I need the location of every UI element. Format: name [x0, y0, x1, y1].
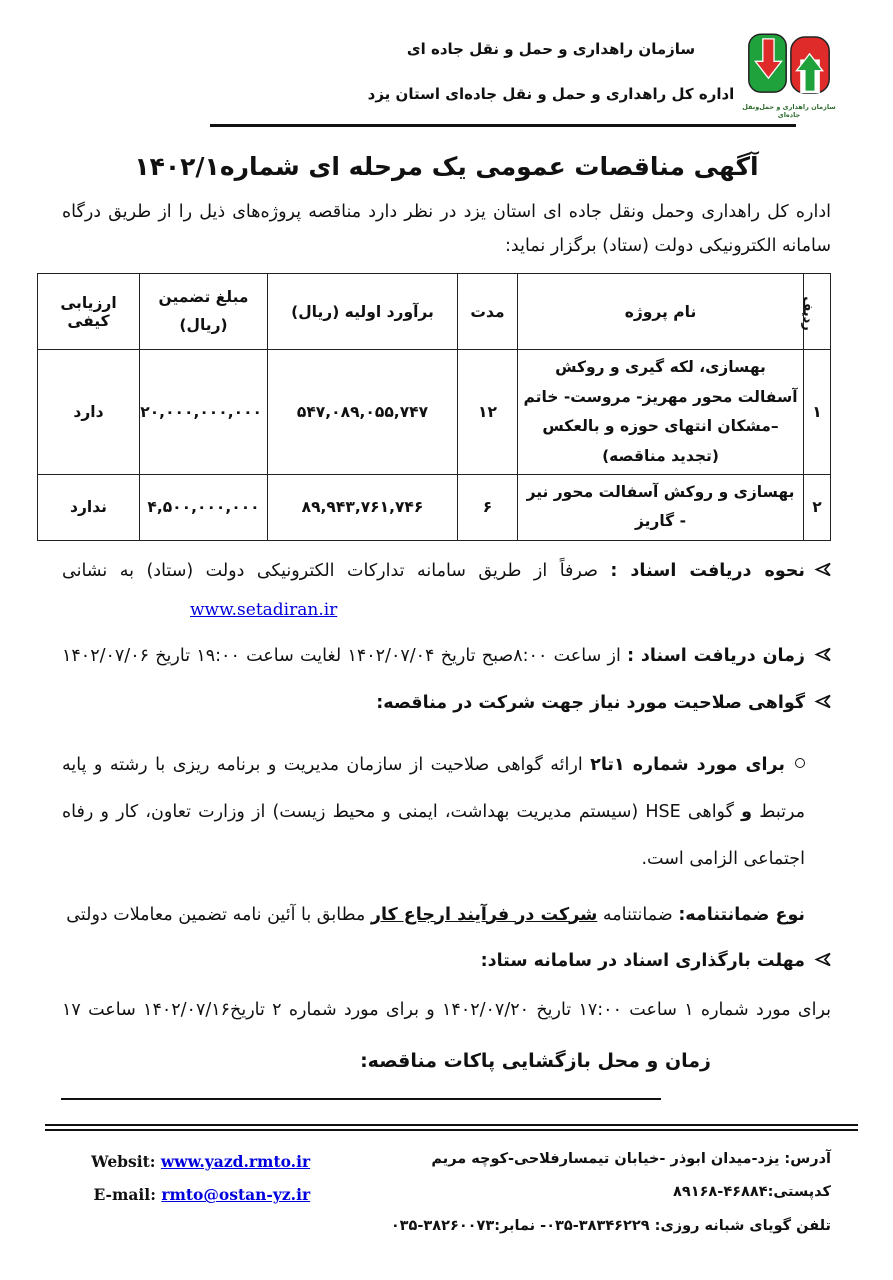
- col-header-guarantee: مبلغ تضمین (ریال): [140, 274, 268, 350]
- cell-estimate: ۸۹,۹۴۳,۷۶۱,۷۴۶: [268, 475, 458, 541]
- table-header-row: ردیف نام پروژه مدت برآورد اولیه (ریال) م…: [38, 274, 831, 350]
- footer-email-line: E-mail: rmto@ostan-yz.ir: [62, 1178, 310, 1211]
- rmto-logo: سازمان راهداری و حمل‌ونقل جاده‌ای: [739, 30, 839, 119]
- col-header-quality-eval: ارزیابی کیفی: [38, 274, 140, 350]
- cell-duration: ۱۲: [458, 350, 518, 475]
- cell-project-name: بهسازی، لکه گیری و روکش آسفالت محور مهری…: [518, 350, 804, 475]
- email-link[interactable]: rmto@ostan-yz.ir: [161, 1185, 310, 1204]
- qualification-detail-paragraph: برای مورد شماره ۱تا۲ ارائه گواهی صلاحیت …: [62, 742, 831, 883]
- guarantee-type-post: مطابق با آئین نامه تضمین معاملات دولتی: [66, 905, 365, 925]
- guarantee-type-label: نوع ضمانتنامه:: [678, 905, 805, 925]
- arrow-bullet-icon: [814, 562, 831, 582]
- website-link[interactable]: www.yazd.rmto.ir: [161, 1152, 310, 1171]
- guarantee-type-pre: ضمانتنامه: [603, 905, 673, 925]
- footer-phone: تلفن گویای شبانه روزی: ۳۸۳۴۶۲۲۹-۰۳۵- نما…: [310, 1210, 831, 1243]
- sub-item-range: برای مورد شماره ۱تا۲: [590, 755, 785, 775]
- cell-project-name: بهسازی و روکش آسفالت محور نیر - گاریز: [518, 475, 804, 541]
- organization-names: سازمان راهداری و حمل و نقل جاده ای اداره…: [351, 40, 751, 103]
- guarantee-type-underlined: شرکت در فرآیند ارجاع کار: [371, 905, 597, 925]
- footer-website-line: Websit: www.yazd.rmto.ir: [62, 1145, 310, 1178]
- setadiran-link[interactable]: www.setadiran.ir: [190, 600, 337, 620]
- qualification-heading-text: گواهی صلاحیت مورد نیاز جهت شرکت در مناقص…: [376, 693, 805, 713]
- arrow-bullet-icon: [814, 647, 831, 667]
- table-row: ۱ بهسازی، لکه گیری و روکش آسفالت محور مه…: [38, 350, 831, 475]
- opening-heading: زمان و محل بازگشایی پاکات مناقصه:: [62, 1050, 831, 1072]
- page-title: آگهی مناقصات عمومی یک مرحله ای شماره۱۴۰۲…: [62, 152, 831, 181]
- cell-row-number: ۱: [804, 350, 831, 475]
- col-header-row-number: ردیف: [804, 274, 831, 350]
- receive-time-text: از ساعت ۸:۰۰صبح تاریخ ۱۴۰۲/۰۷/۰۴ لغایت س…: [62, 646, 621, 666]
- footer-double-divider: [45, 1124, 858, 1131]
- cell-duration: ۶: [458, 475, 518, 541]
- opening-section-divider: [61, 1098, 661, 1101]
- cell-quality-eval: ندارد: [38, 475, 140, 541]
- arrow-bullet-icon: [814, 694, 831, 714]
- setad-link-line: www.setadiran.ir: [62, 600, 831, 620]
- document-header: سازمان راهداری و حمل و نقل جاده ای اداره…: [62, 0, 831, 132]
- footer-contact-fa: آدرس: یزد-میدان ابوذر -خیابان تیمسارفلاح…: [310, 1143, 831, 1243]
- upload-deadline-heading: مهلت بارگذاری اسناد در سامانه ستاد:: [62, 951, 831, 972]
- col-header-duration: مدت: [458, 274, 518, 350]
- rmto-logo-icon: [746, 30, 832, 102]
- cell-guarantee: ۲۰,۰۰۰,۰۰۰,۰۰۰: [140, 350, 268, 475]
- guarantee-type-paragraph: نوع ضمانتنامه: ضمانتنامه شرکت در فرآیند …: [62, 905, 831, 925]
- cell-row-number: ۲: [804, 475, 831, 541]
- upload-deadline-heading-text: مهلت بارگذاری اسناد در سامانه ستاد:: [481, 951, 805, 971]
- intro-paragraph: اداره کل راهداری وحمل ونقل جاده ای استان…: [62, 195, 831, 263]
- tender-table: ردیف نام پروژه مدت برآورد اولیه (ریال) م…: [37, 273, 831, 541]
- receive-time-paragraph: زمان دریافت اسناد : از ساعت ۸:۰۰صبح تاری…: [62, 646, 831, 667]
- col-header-estimate: برآورد اولیه (ریال): [268, 274, 458, 350]
- sub-item-text2: گواهی HSE (سیستم مدیریت بهداشت، ایمنی و …: [62, 802, 805, 869]
- footer-address: آدرس: یزد-میدان ابوذر -خیابان تیمسارفلاح…: [310, 1143, 831, 1210]
- arrow-bullet-icon: [814, 952, 831, 972]
- receive-method-paragraph: نحوه دریافت اسناد : صرفاً از طریق سامانه…: [62, 561, 831, 582]
- header-divider: [210, 124, 796, 127]
- cell-estimate: ۵۴۷,۰۸۹,۰۵۵,۷۴۷: [268, 350, 458, 475]
- qualification-heading: گواهی صلاحیت مورد نیاز جهت شرکت در مناقص…: [62, 693, 831, 714]
- cell-quality-eval: دارد: [38, 350, 140, 475]
- circle-bullet-icon: [795, 758, 805, 768]
- receive-method-label: نحوه دریافت اسناد :: [610, 561, 805, 581]
- logo-caption: سازمان راهداری و حمل‌ونقل جاده‌ای: [739, 103, 839, 119]
- upload-deadline-dates: برای مورد شماره ۱ ساعت ۱۷:۰۰ تاریخ ۱۴۰۲/…: [62, 1000, 831, 1020]
- org-name-line1: سازمان راهداری و حمل و نقل جاده ای: [351, 40, 751, 58]
- table-row: ۲ بهسازی و روکش آسفالت محور نیر - گاریز …: [38, 475, 831, 541]
- tender-announcement-page: سازمان راهداری و حمل و نقل جاده ای اداره…: [0, 0, 893, 1280]
- org-name-line2: اداره کل راهداری و حمل و نقل جاده‌ای است…: [351, 85, 751, 103]
- receive-time-label: زمان دریافت اسناد :: [627, 646, 805, 666]
- email-label: E-mail:: [93, 1185, 155, 1204]
- sub-item-conjunction: و: [741, 802, 752, 822]
- website-label: Websit:: [91, 1152, 155, 1171]
- footer-contact-en: Websit: www.yazd.rmto.ir E-mail: rmto@os…: [62, 1143, 310, 1212]
- document-footer: آدرس: یزد-میدان ابوذر -خیابان تیمسارفلاح…: [62, 1143, 831, 1243]
- receive-method-text: صرفاً از طریق سامانه تدارکات الکترونیکی …: [62, 561, 598, 581]
- cell-guarantee: ۴,۵۰۰,۰۰۰,۰۰۰: [140, 475, 268, 541]
- col-header-project-name: نام پروژه: [518, 274, 804, 350]
